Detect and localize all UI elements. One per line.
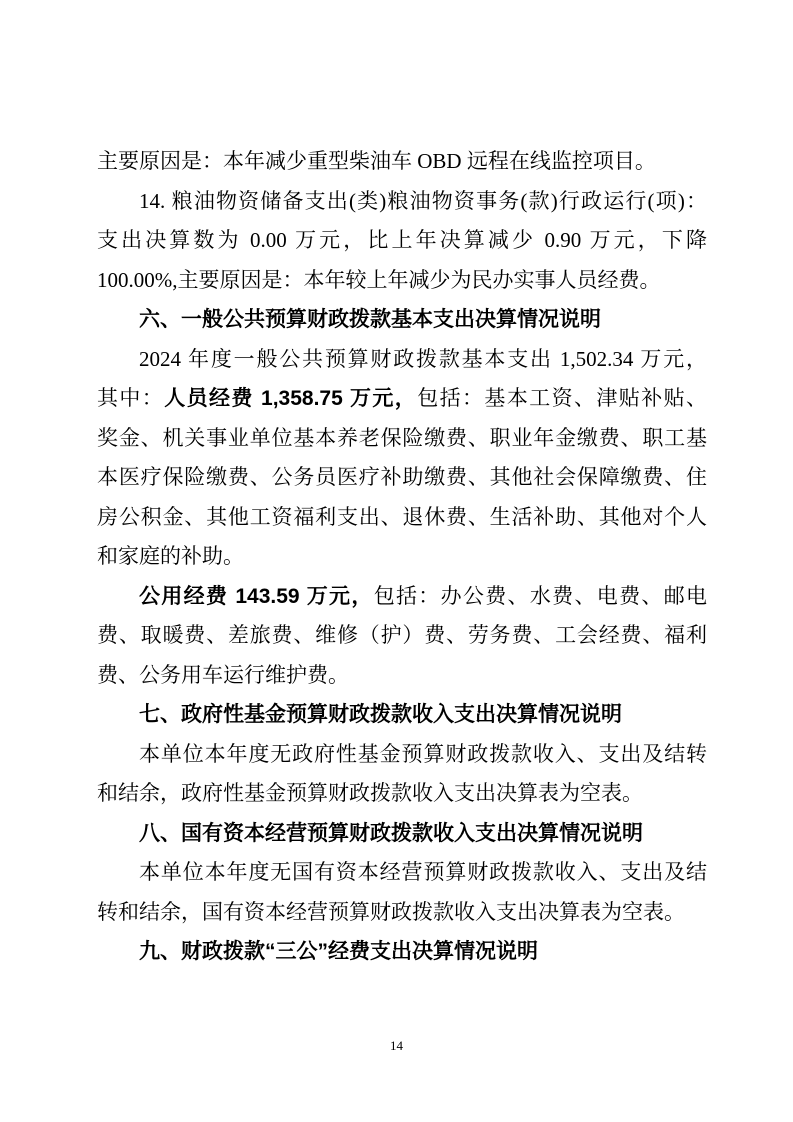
page-number: 14 xyxy=(0,1038,793,1054)
text-line: 转和结余，国有资本经营预算财政拨款收入支出决算表为空表。 xyxy=(97,893,707,933)
body-text: 主要原因是：本年减少重型柴油车 OBD 远程在线监控项目。 xyxy=(97,149,656,173)
section-heading: 八、国有资本经营预算财政拨款收入支出决算情况说明 xyxy=(97,814,707,854)
emphasized-text: 九、财政拨款“三公”经费支出决算情况说明 xyxy=(139,940,538,963)
emphasized-text: 人员经费 1,358.75 万元， xyxy=(164,387,417,410)
text-line: 支出决算数为 0.00 万元，比上年决算减少 0.90 万元，下降 xyxy=(97,221,707,261)
body-text: 和家庭的补助。 xyxy=(97,544,244,568)
body-text: 房公积金、其他工资福利支出、退休费、生活补助、其他对个人 xyxy=(97,505,707,529)
document-body: 主要原因是：本年减少重型柴油车 OBD 远程在线监控项目。14. 粮油物资储备支… xyxy=(97,142,707,972)
body-text: 包括：基本工资、津贴补贴、 xyxy=(417,386,707,410)
emphasized-text: 公用经费 143.59 万元， xyxy=(139,585,374,608)
body-text: 和结余，政府性基金预算财政拨款收入支出决算表为空表。 xyxy=(97,781,643,805)
text-line: 公用经费 143.59 万元，包括：办公费、水费、电费、邮电 xyxy=(97,577,707,617)
text-line: 本单位本年度无国有资本经营预算财政拨款收入、支出及结 xyxy=(97,853,707,893)
body-text: 100.00%,主要原因是：本年较上年减少为民办实事人员经费。 xyxy=(97,268,661,292)
emphasized-text: 六、一般公共预算财政拨款基本支出决算情况说明 xyxy=(139,308,601,331)
body-text: 其中： xyxy=(97,386,164,410)
text-line: 奖金、机关事业单位基本养老保险缴费、职业年金缴费、职工基 xyxy=(97,419,707,459)
body-text: 本单位本年度无国有资本经营预算财政拨款收入、支出及结 xyxy=(139,860,707,884)
text-line: 本单位本年度无政府性基金预算财政拨款收入、支出及结转 xyxy=(97,735,707,775)
text-line: 其中：人员经费 1,358.75 万元，包括：基本工资、津贴补贴、 xyxy=(97,379,707,419)
text-line: 和家庭的补助。 xyxy=(97,537,707,577)
section-heading: 七、政府性基金预算财政拨款收入支出决算情况说明 xyxy=(97,695,707,735)
section-heading: 九、财政拨款“三公”经费支出决算情况说明 xyxy=(97,932,707,972)
text-line: 和结余，政府性基金预算财政拨款收入支出决算表为空表。 xyxy=(97,774,707,814)
emphasized-text: 七、政府性基金预算财政拨款收入支出决算情况说明 xyxy=(139,703,622,726)
body-text: 转和结余，国有资本经营预算财政拨款收入支出决算表为空表。 xyxy=(97,900,685,924)
document-page: 主要原因是：本年减少重型柴油车 OBD 远程在线监控项目。14. 粮油物资储备支… xyxy=(0,0,793,1122)
text-line: 14. 粮油物资储备支出(类)粮油物资事务(款)行政运行(项)： xyxy=(97,182,707,222)
body-text: 14. 粮油物资储备支出(类)粮油物资事务(款)行政运行(项)： xyxy=(139,189,707,213)
text-line: 100.00%,主要原因是：本年较上年减少为民办实事人员经费。 xyxy=(97,261,707,301)
text-line: 本医疗保险缴费、公务员医疗补助缴费、其他社会保障缴费、住 xyxy=(97,458,707,498)
text-line: 费、公务用车运行维护费。 xyxy=(97,656,707,696)
body-text: 奖金、机关事业单位基本养老保险缴费、职业年金缴费、职工基 xyxy=(97,426,707,450)
section-heading: 六、一般公共预算财政拨款基本支出决算情况说明 xyxy=(97,300,707,340)
emphasized-text: 八、国有资本经营预算财政拨款收入支出决算情况说明 xyxy=(139,822,643,845)
body-text: 本单位本年度无政府性基金预算财政拨款收入、支出及结转 xyxy=(139,742,707,766)
text-line: 主要原因是：本年减少重型柴油车 OBD 远程在线监控项目。 xyxy=(97,142,707,182)
text-line: 房公积金、其他工资福利支出、退休费、生活补助、其他对个人 xyxy=(97,498,707,538)
body-text: 费、取暖费、差旅费、维修（护）费、劳务费、工会经费、福利 xyxy=(97,623,707,647)
text-line: 2024 年度一般公共预算财政拨款基本支出 1,502.34 万元， xyxy=(97,340,707,380)
body-text: 费、公务用车运行维护费。 xyxy=(97,663,349,687)
body-text: 包括：办公费、水费、电费、邮电 xyxy=(374,584,707,608)
text-line: 费、取暖费、差旅费、维修（护）费、劳务费、工会经费、福利 xyxy=(97,616,707,656)
body-text: 本医疗保险缴费、公务员医疗补助缴费、其他社会保障缴费、住 xyxy=(97,465,707,489)
body-text: 2024 年度一般公共预算财政拨款基本支出 1,502.34 万元， xyxy=(139,347,707,371)
body-text: 支出决算数为 0.00 万元，比上年决算减少 0.90 万元，下降 xyxy=(97,228,707,252)
